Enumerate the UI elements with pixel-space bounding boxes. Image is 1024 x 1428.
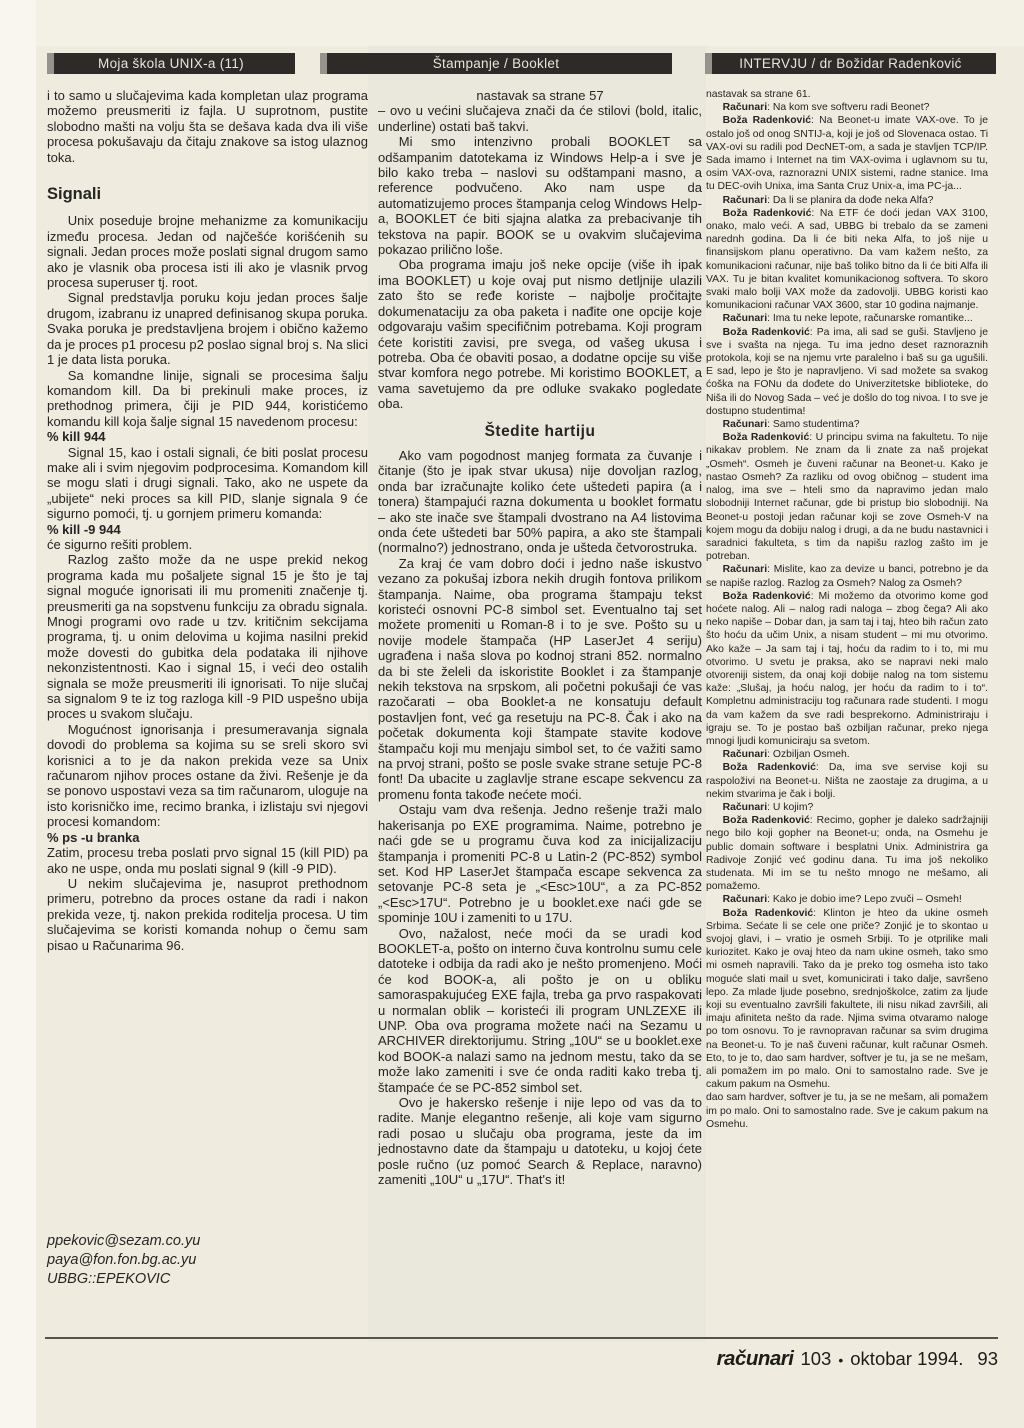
paragraph: Za kraj će vam dobro doći i jedno naše i… bbox=[378, 556, 702, 803]
section-header-booklet: Štampanje / Booklet bbox=[320, 53, 672, 74]
contact-line: UBBG::EPEKOVIC bbox=[47, 1270, 200, 1289]
interview-paragraph: Računari: Da li se planira da dođe neka … bbox=[706, 194, 988, 207]
interview-paragraph: Računari: Na kom sve softveru radi Beone… bbox=[706, 101, 988, 114]
interview-paragraph: Boža Radenković: Recimo, gopher je dalek… bbox=[706, 814, 988, 893]
issue-number: 103 bbox=[800, 1348, 831, 1370]
contact-line: paya@fon.fon.bg.ac.yu bbox=[47, 1251, 200, 1270]
paragraph: Zatim, procesu treba poslati prvo signal… bbox=[47, 845, 368, 876]
paragraph: Mi smo intenzivno probali BOOKLET sa odš… bbox=[378, 134, 702, 257]
booklet-article-body-1: – ovo u većini slučajeva znači da će sti… bbox=[378, 103, 702, 411]
interview-paragraph: Boža Radenković: Pa ima, ali sad se guši… bbox=[706, 326, 988, 418]
paragraph: će sigurno rešiti problem. bbox=[47, 537, 368, 552]
magazine-page-scan: Moja škola UNIX-a (11) Štampanje / Bookl… bbox=[0, 0, 1024, 1428]
page-number: 93 bbox=[977, 1348, 998, 1370]
paragraph: Razlog zašto može da ne uspe prekid neko… bbox=[47, 552, 368, 721]
paragraph: Signal predstavlja poruku koju jedan pro… bbox=[47, 290, 368, 367]
code-line: % kill 944 bbox=[47, 429, 368, 444]
continuation-note-interview: nastavak sa strane 61. bbox=[706, 88, 988, 101]
author-contact-block: ppekovic@sezam.co.yupaya@fon.fon.bg.ac.y… bbox=[47, 1232, 200, 1289]
paragraph: – ovo u većini slučajeva znači da će sti… bbox=[378, 103, 702, 134]
paragraph: Signal 15, kao i ostali signali, će biti… bbox=[47, 445, 368, 522]
page-footer: računari 103 • oktobar 1994. 93 bbox=[717, 1347, 998, 1371]
paragraph: Mogućnost ignorisanja i presumeravanja s… bbox=[47, 722, 368, 830]
section-header-unix-school: Moja škola UNIX-a (11) bbox=[47, 53, 295, 74]
interview-paragraph: Boža Radenković: Klinton je hteo da ukin… bbox=[706, 907, 988, 1092]
interview-paragraph: Računari: Ima tu neke lepote, računarske… bbox=[706, 312, 988, 325]
interview-paragraph: Računari: Samo studentima? bbox=[706, 418, 988, 431]
bullet-separator-icon: • bbox=[838, 1352, 843, 1368]
paragraph: Oba programa imaju još neke opcije (više… bbox=[378, 257, 702, 411]
interview-closing-paragraph: dao sam hardver, softver je tu, ja se ne… bbox=[706, 1091, 988, 1131]
booklet-article-body-2: Ako vam pogodnost manjeg formata za čuva… bbox=[378, 448, 702, 1188]
interview-paragraph: Računari: U kojim? bbox=[706, 801, 988, 814]
paragraph: Sa komandne linije, signali se procesima… bbox=[47, 368, 368, 430]
contact-line: ppekovic@sezam.co.yu bbox=[47, 1232, 200, 1251]
paragraph: U nekim slučajevima je, nasuprot prethod… bbox=[47, 876, 368, 953]
subsection-heading-save-paper: Štedite hartiju bbox=[378, 424, 702, 439]
section-heading: Signali bbox=[47, 187, 368, 202]
code-line: % kill -9 944 bbox=[47, 522, 368, 537]
magazine-logo: računari bbox=[717, 1347, 794, 1371]
interview-body: Računari: Na kom sve softveru radi Beone… bbox=[706, 101, 988, 1091]
paragraph: Ovo, nažalost, neće moći da se uradi kod… bbox=[378, 926, 702, 1095]
scan-left-margin bbox=[0, 0, 36, 1428]
interview-paragraph: Računari: Mislite, kao za devize u banci… bbox=[706, 563, 988, 589]
footer-rule bbox=[45, 1337, 998, 1339]
scan-top-margin bbox=[0, 0, 1024, 46]
paragraph: Ovo je hakersko rešenje i nije lepo od v… bbox=[378, 1095, 702, 1187]
paragraph: Ostaju vam dva rešenja. Jedno rešenje tr… bbox=[378, 802, 702, 925]
column-interview: nastavak sa strane 61. Računari: Na kom … bbox=[706, 88, 988, 1131]
section-header-interview: INTERVJU / dr Božidar Radenković bbox=[705, 53, 996, 74]
paragraph: Unix poseduje brojne mehanizme za komuni… bbox=[47, 213, 368, 290]
interview-paragraph: Računari: Kako je dobio ime? Lepo zvuči … bbox=[706, 893, 988, 906]
paragraph: i to samo u slučajevima kada kompletan u… bbox=[47, 88, 368, 165]
code-line: % ps -u branka bbox=[47, 830, 368, 845]
continuation-note-booklet: nastavak sa strane 57 bbox=[378, 88, 702, 103]
column-unix-school: i to samo u slučajevima kada kompletan u… bbox=[47, 88, 368, 953]
interview-paragraph: Boža Radenković: U principu svima na fak… bbox=[706, 431, 988, 563]
interview-paragraph: Boža Radenković: Da, ima sve servise koj… bbox=[706, 761, 988, 801]
column-booklet: nastavak sa strane 57 – ovo u većini slu… bbox=[378, 88, 702, 1187]
paragraph: Ako vam pogodnost manjeg formata za čuva… bbox=[378, 448, 702, 556]
interview-paragraph: Računari: Ozbiljan Osmeh. bbox=[706, 748, 988, 761]
unix-article-body: i to samo u slučajevima kada kompletan u… bbox=[47, 88, 368, 953]
issue-date: oktobar 1994. bbox=[850, 1348, 963, 1370]
interview-paragraph: Boža Radenković: Na ETF će doći jedan VA… bbox=[706, 207, 988, 313]
interview-paragraph: Boža Radenković: Na Beonet-u imate VAX-o… bbox=[706, 114, 988, 193]
interview-paragraph: Boža Radenković: Mi možemo da otvorimo k… bbox=[706, 590, 988, 748]
